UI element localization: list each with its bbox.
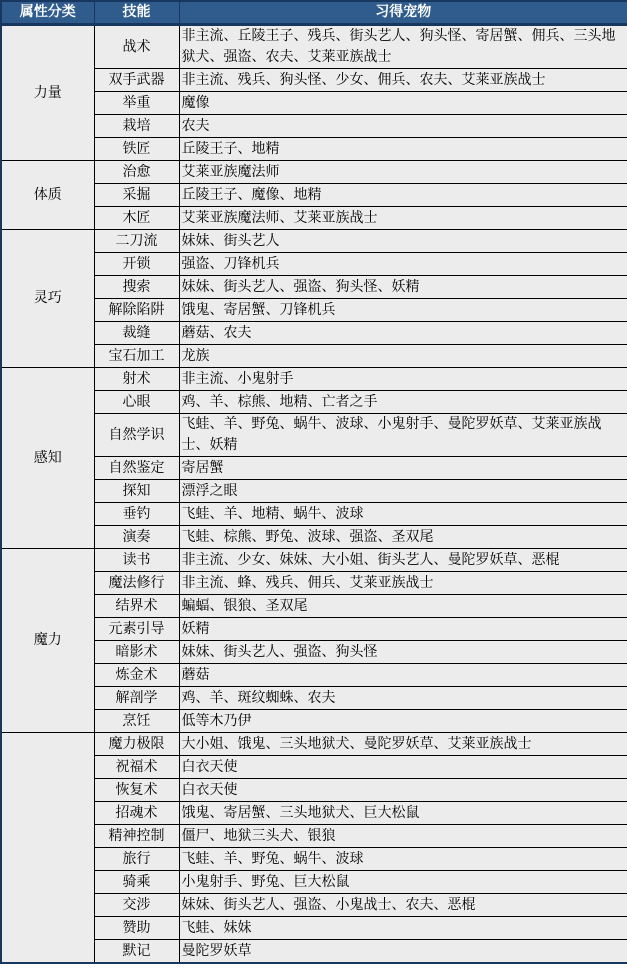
pets-cell: 丘陵王子、地精 [179,138,627,161]
skill-cell: 赞助 [94,917,179,940]
table-row: 铁匠丘陵王子、地精 [1,138,627,161]
table-row: 垂钓飞蛙、羊、地精、蜗牛、波球 [1,503,627,526]
table-row: 暗影术妹妹、街头艺人、强盗、狗头怪 [1,641,627,664]
category-cell: 灵巧 [1,230,94,368]
pets-cell: 妖精 [179,618,627,641]
pets-cell: 妹妹、街头艺人、强盗、狗头怪 [179,641,627,664]
skill-cell: 旅行 [94,848,179,871]
pets-cell: 艾莱亚族魔法师、艾莱亚族战士 [179,207,627,230]
table-row: 心眼鸡、羊、棕熊、地精、亡者之手 [1,391,627,414]
table-row: 精神控制僵尸、地狱三头犬、银狼 [1,825,627,848]
table-row: 自然学识飞蛙、羊、野兔、蜗牛、波球、小鬼射手、曼陀罗妖草、艾莱亚族战士、妖精 [1,414,627,457]
table-row: 恢复术白衣天使 [1,779,627,802]
table-row: 木匠艾莱亚族魔法师、艾莱亚族战士 [1,207,627,230]
table-body: 力量战术非主流、丘陵王子、残兵、街头艺人、狗头怪、寄居蟹、佣兵、三头地狱犬、强盗… [1,25,627,964]
pets-cell: 艾莱亚族魔法师 [179,161,627,184]
table-row: 烹饪低等木乃伊 [1,710,627,733]
pets-cell: 非主流、残兵、狗头怪、少女、佣兵、农夫、艾莱亚族战士 [179,69,627,92]
pets-cell: 漂浮之眼 [179,480,627,503]
skill-cell: 裁缝 [94,322,179,345]
pets-cell: 非主流、少女、妹妹、大小姐、街头艺人、曼陀罗妖草、恶棍 [179,549,627,572]
pets-cell: 飞蛙、棕熊、野兔、波球、强盗、圣双尾 [179,526,627,549]
pets-cell: 农夫 [179,115,627,138]
pets-cell: 蘑菇 [179,664,627,687]
table-row: 搜索妹妹、街头艺人、强盗、狗头怪、妖精 [1,276,627,299]
header-pets: 习得宠物 [179,1,627,25]
pets-cell: 非主流、丘陵王子、残兵、街头艺人、狗头怪、寄居蟹、佣兵、三头地狱犬、强盗、农夫、… [179,25,627,69]
pets-cell: 强盗、刀锋机兵 [179,253,627,276]
skill-cell: 结界术 [94,595,179,618]
skill-cell: 自然学识 [94,414,179,457]
skill-cell: 射术 [94,368,179,391]
skill-cell: 二刀流 [94,230,179,253]
skill-cell: 心眼 [94,391,179,414]
skill-cell: 宝石加工 [94,345,179,368]
table-row: 开锁强盗、刀锋机兵 [1,253,627,276]
category-cell: 魔力 [1,549,94,733]
table-row: 演奏飞蛙、棕熊、野兔、波球、强盗、圣双尾 [1,526,627,549]
pets-cell: 白衣天使 [179,756,627,779]
table-row: 感知射术非主流、小鬼射手 [1,368,627,391]
pets-cell: 饿鬼、寄居蟹、刀锋机兵 [179,299,627,322]
table-header: 属性分类 技能 习得宠物 [1,1,627,25]
pets-cell: 鸡、羊、棕熊、地精、亡者之手 [179,391,627,414]
skill-cell: 治愈 [94,161,179,184]
table-row: 骑乘小鬼射手、野兔、巨大松鼠 [1,871,627,894]
skill-cell: 探知 [94,480,179,503]
pets-cell: 饿鬼、寄居蟹、三头地狱犬、巨大松鼠 [179,802,627,825]
skill-cell: 战术 [94,25,179,69]
skill-cell: 自然鉴定 [94,457,179,480]
pets-cell: 僵尸、地狱三头犬、银狼 [179,825,627,848]
skill-cell: 木匠 [94,207,179,230]
category-cell: 感知 [1,368,94,549]
skill-cell: 演奏 [94,526,179,549]
category-cell: 体质 [1,161,94,230]
skill-cell: 魔力极限 [94,733,179,756]
pets-cell: 妹妹、街头艺人、强盗、狗头怪、妖精 [179,276,627,299]
pets-cell: 寄居蟹 [179,457,627,480]
skill-cell: 采掘 [94,184,179,207]
pets-cell: 飞蛙、羊、野兔、蜗牛、波球 [179,848,627,871]
table-row: 举重魔像 [1,92,627,115]
skill-cell: 交涉 [94,894,179,917]
table-row: 探知漂浮之眼 [1,480,627,503]
skill-cell: 搜索 [94,276,179,299]
table-row: 旅行飞蛙、羊、野兔、蜗牛、波球 [1,848,627,871]
skill-cell: 骑乘 [94,871,179,894]
table-row: 宝石加工龙族 [1,345,627,368]
table-row: 栽培农夫 [1,115,627,138]
table-row: 结界术蝙蝠、银狼、圣双尾 [1,595,627,618]
header-row: 属性分类 技能 习得宠物 [1,1,627,25]
pets-cell: 非主流、蜂、残兵、佣兵、艾莱亚族战士 [179,572,627,595]
category-cell [1,733,94,964]
pets-cell: 蘑菇、农夫 [179,322,627,345]
pets-cell: 低等木乃伊 [179,710,627,733]
pets-cell: 魔像 [179,92,627,115]
table-row: 双手武器非主流、残兵、狗头怪、少女、佣兵、农夫、艾莱亚族战士 [1,69,627,92]
pets-cell: 妹妹、街头艺人 [179,230,627,253]
table-row: 默记曼陀罗妖草 [1,940,627,964]
pets-cell: 鸡、羊、斑纹蜘蛛、农夫 [179,687,627,710]
skill-cell: 祝福术 [94,756,179,779]
table-row: 祝福术白衣天使 [1,756,627,779]
skill-cell: 招魂术 [94,802,179,825]
skill-cell: 读书 [94,549,179,572]
pets-cell: 白衣天使 [179,779,627,802]
pets-cell: 蝙蝠、银狼、圣双尾 [179,595,627,618]
table-row: 元素引导妖精 [1,618,627,641]
pets-cell: 妹妹、街头艺人、强盗、小鬼战士、农夫、恶棍 [179,894,627,917]
table-row: 自然鉴定寄居蟹 [1,457,627,480]
table-row: 赞助飞蛙、妹妹 [1,917,627,940]
table-row: 招魂术饿鬼、寄居蟹、三头地狱犬、巨大松鼠 [1,802,627,825]
table-row: 裁缝蘑菇、农夫 [1,322,627,345]
skill-cell: 栽培 [94,115,179,138]
table-row: 魔力极限大小姐、饿鬼、三头地狱犬、曼陀罗妖草、艾莱亚族战士 [1,733,627,756]
table-row: 解剖学鸡、羊、斑纹蜘蛛、农夫 [1,687,627,710]
table-row: 力量战术非主流、丘陵王子、残兵、街头艺人、狗头怪、寄居蟹、佣兵、三头地狱犬、强盗… [1,25,627,69]
header-category: 属性分类 [1,1,94,25]
skill-cell: 元素引导 [94,618,179,641]
pets-cell: 龙族 [179,345,627,368]
table-row: 交涉妹妹、街头艺人、强盗、小鬼战士、农夫、恶棍 [1,894,627,917]
skill-cell: 默记 [94,940,179,964]
table-row: 解除陷阱饿鬼、寄居蟹、刀锋机兵 [1,299,627,322]
skill-cell: 铁匠 [94,138,179,161]
pets-cell: 曼陀罗妖草 [179,940,627,964]
skill-cell: 烹饪 [94,710,179,733]
skill-cell: 垂钓 [94,503,179,526]
pets-cell: 飞蛙、妹妹 [179,917,627,940]
header-skill: 技能 [94,1,179,25]
table-row: 魔法修行非主流、蜂、残兵、佣兵、艾莱亚族战士 [1,572,627,595]
pet-skills-table: 属性分类 技能 习得宠物 力量战术非主流、丘陵王子、残兵、街头艺人、狗头怪、寄居… [0,0,627,964]
pets-cell: 飞蛙、羊、野兔、蜗牛、波球、小鬼射手、曼陀罗妖草、艾莱亚族战士、妖精 [179,414,627,457]
skill-cell: 炼金术 [94,664,179,687]
skill-cell: 双手武器 [94,69,179,92]
pets-cell: 大小姐、饿鬼、三头地狱犬、曼陀罗妖草、艾莱亚族战士 [179,733,627,756]
table-row: 体质治愈艾莱亚族魔法师 [1,161,627,184]
skill-cell: 开锁 [94,253,179,276]
skill-cell: 暗影术 [94,641,179,664]
skill-cell: 精神控制 [94,825,179,848]
skill-cell: 解除陷阱 [94,299,179,322]
category-cell: 力量 [1,25,94,161]
skill-cell: 举重 [94,92,179,115]
table-row: 灵巧二刀流妹妹、街头艺人 [1,230,627,253]
pets-cell: 小鬼射手、野兔、巨大松鼠 [179,871,627,894]
pets-cell: 非主流、小鬼射手 [179,368,627,391]
skill-cell: 恢复术 [94,779,179,802]
skill-cell: 解剖学 [94,687,179,710]
skill-cell: 魔法修行 [94,572,179,595]
table-row: 采掘丘陵王子、魔像、地精 [1,184,627,207]
pets-cell: 飞蛙、羊、地精、蜗牛、波球 [179,503,627,526]
pets-cell: 丘陵王子、魔像、地精 [179,184,627,207]
table-row: 魔力读书非主流、少女、妹妹、大小姐、街头艺人、曼陀罗妖草、恶棍 [1,549,627,572]
table-row: 炼金术蘑菇 [1,664,627,687]
